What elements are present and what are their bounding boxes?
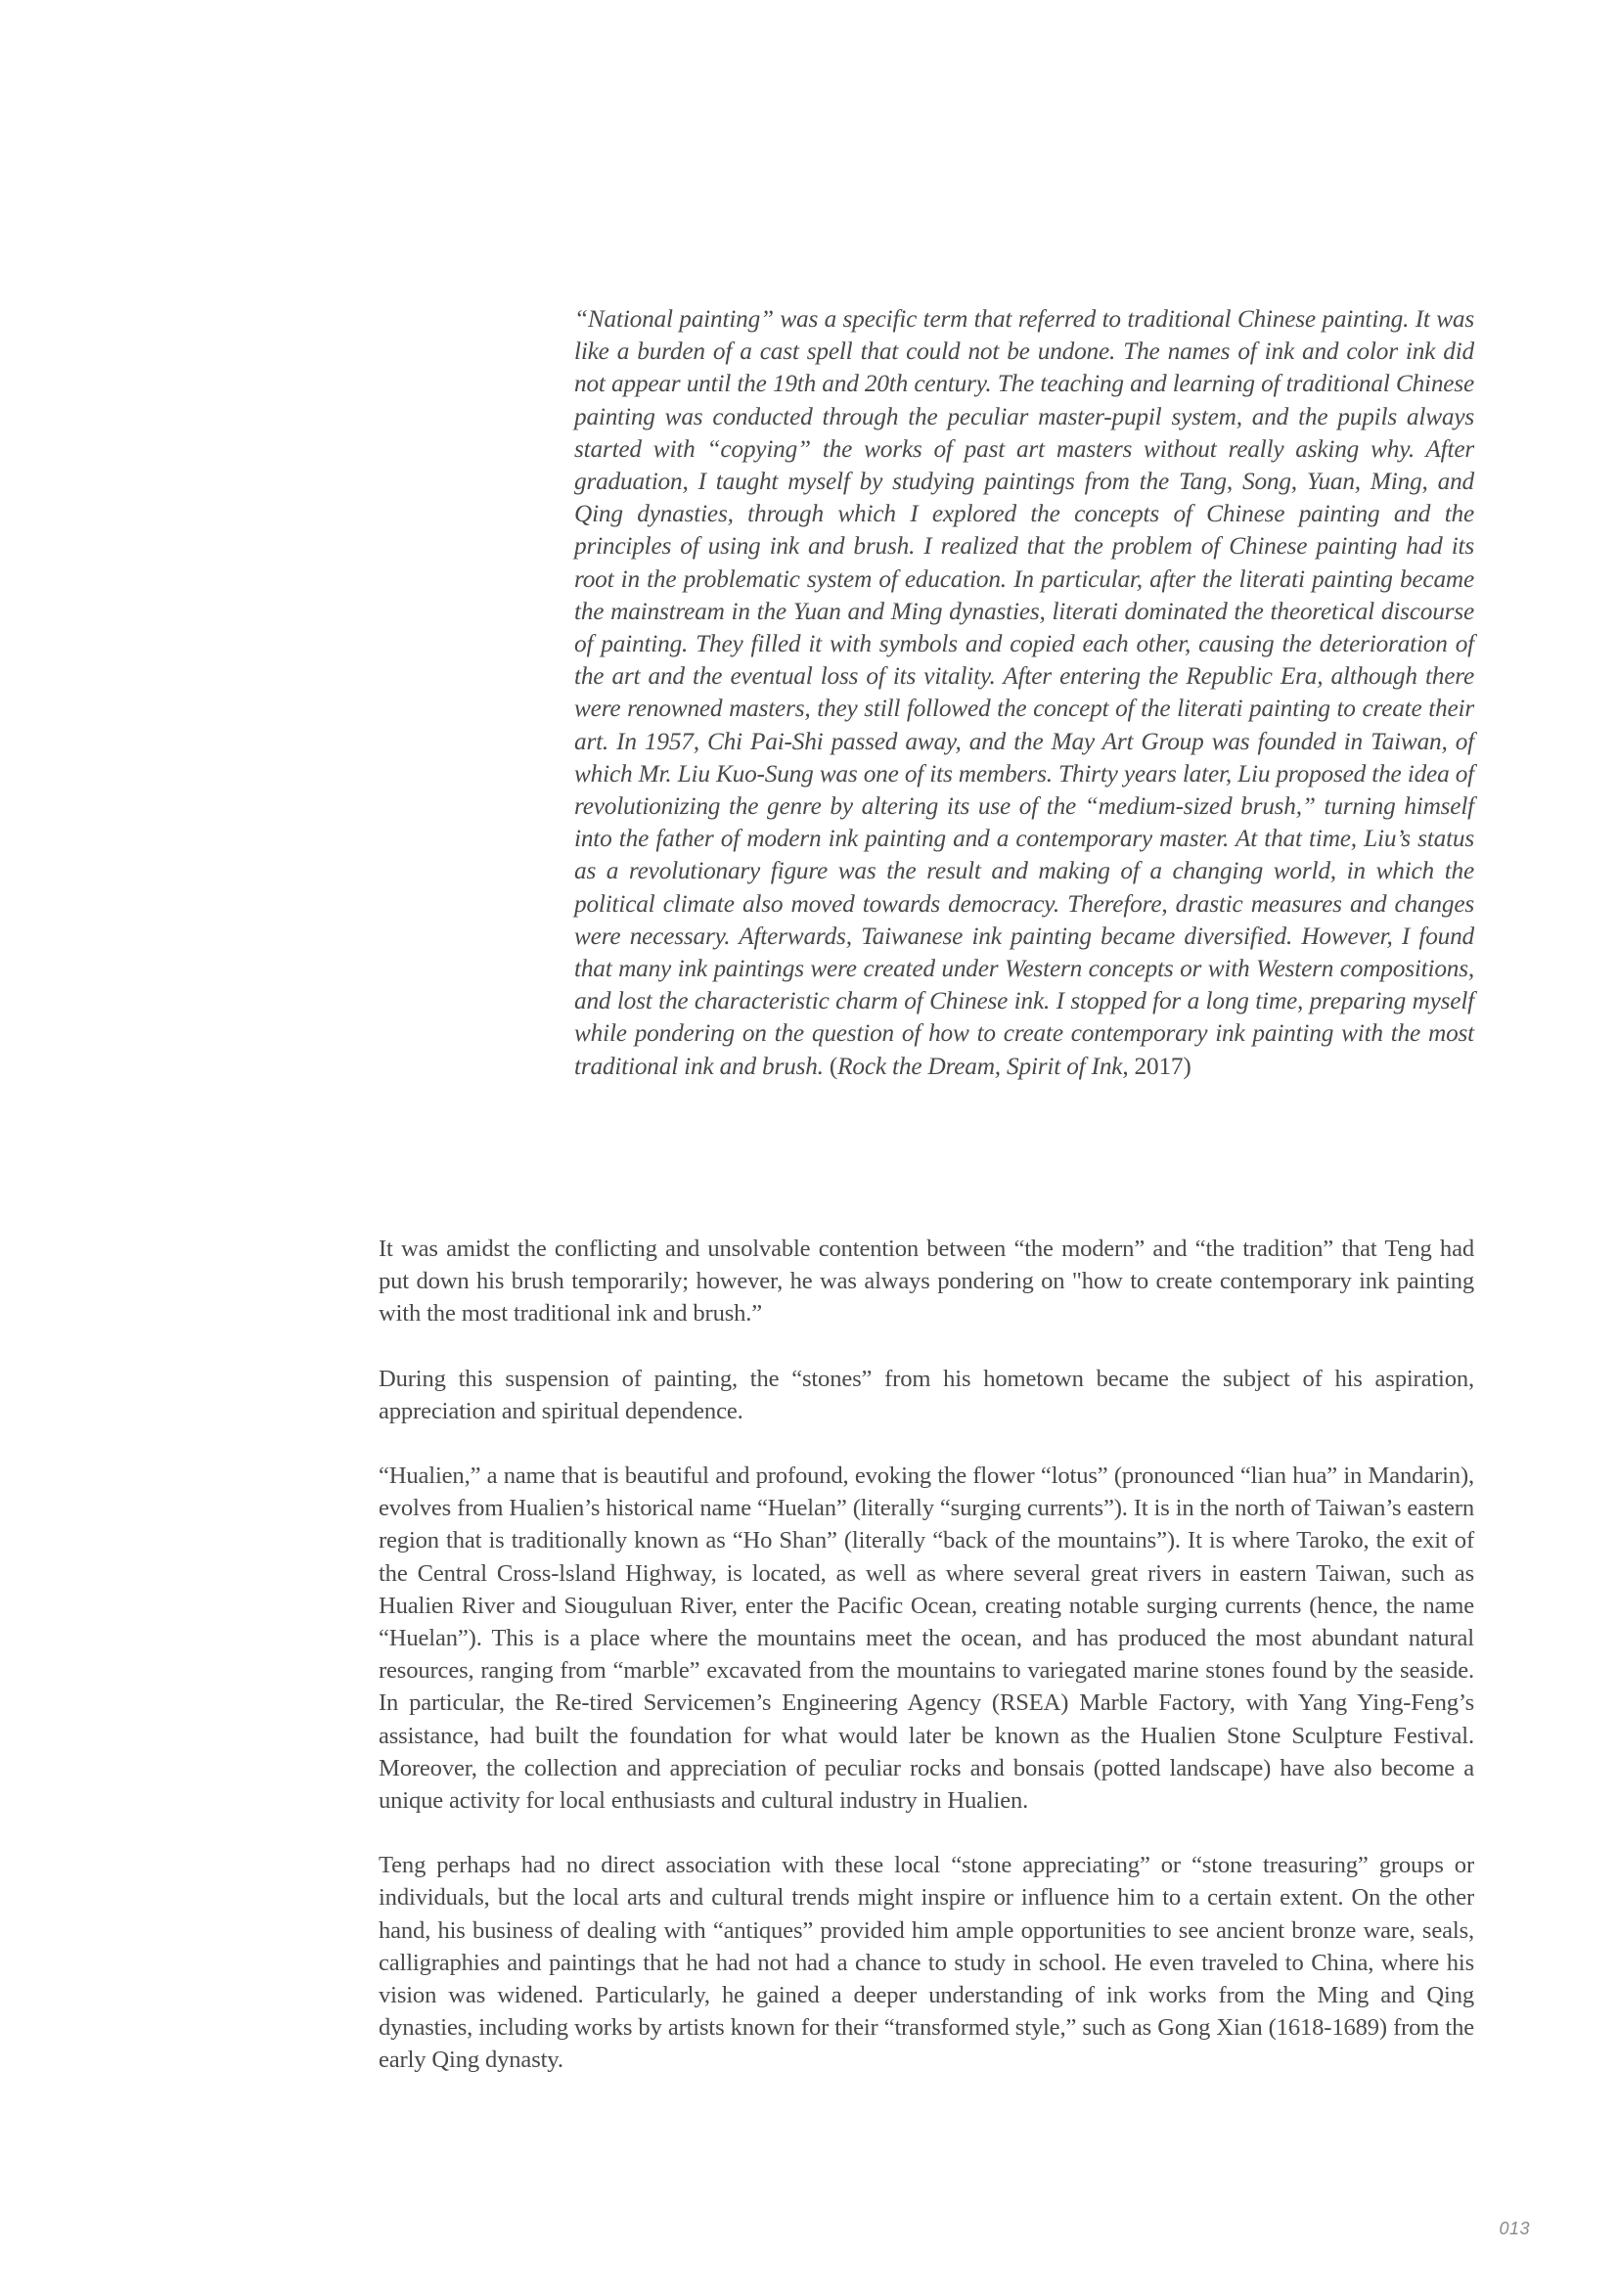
block-quote: “National painting” was a specific term … [574,303,1474,1083]
paragraph-antiques: Teng perhaps had no direct association w… [379,1849,1474,2076]
paragraph-contention: It was amidst the conflicting and unsolv… [379,1233,1474,1330]
paragraph-hualien: “Hualien,” a name that is beautiful and … [379,1460,1474,1817]
document-page: “National painting” was a specific term … [0,0,1618,2296]
paragraph-suspension: During this suspension of painting, the … [379,1363,1474,1427]
citation-year: , 2017) [1122,1053,1191,1080]
body-text: It was amidst the conflicting and unsolv… [379,1233,1474,2109]
citation-open: ( [824,1053,837,1080]
citation-title: Rock the Dream, Spirit of Ink [837,1053,1122,1080]
quote-text: “National painting” was a specific term … [574,305,1474,1080]
page-number: 013 [1499,2219,1530,2239]
